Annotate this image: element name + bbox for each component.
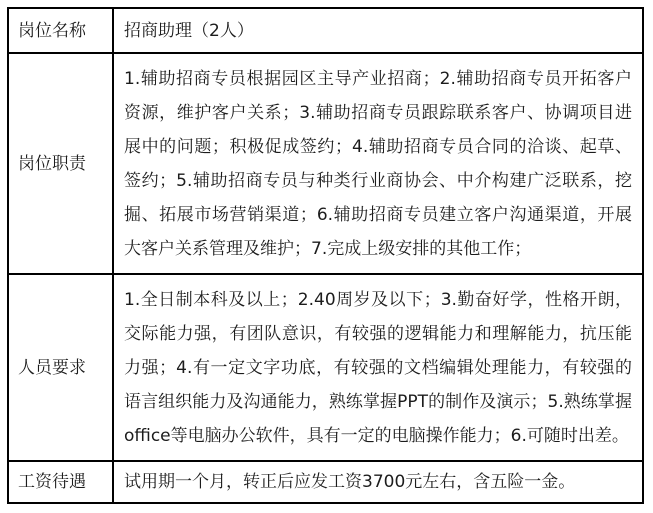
row-content-candidate-requirements: 1.全日制本科及以上；2.40周岁及以下；3.勤奋好学，性格开朗，交际能力强，有…	[113, 274, 643, 461]
table-row-candidate-requirements: 人员要求 1.全日制本科及以上；2.40周岁及以下；3.勤奋好学，性格开朗，交际…	[8, 274, 643, 461]
table-row-job-duties: 岗位职责 1.辅助招商专员根据园区主导产业招商；2.辅助招商专员开拓客户资源，维…	[8, 53, 643, 274]
row-content-position-name: 招商助理（2人）	[113, 8, 643, 53]
row-label-salary: 工资待遇	[8, 461, 113, 503]
job-posting-table: 岗位名称 招商助理（2人） 岗位职责 1.辅助招商专员根据园区主导产业招商；2.…	[7, 7, 644, 504]
row-content-salary: 试用期一个月，转正后应发工资3700元左右，含五险一金。	[113, 461, 643, 503]
row-label-job-duties: 岗位职责	[8, 53, 113, 274]
row-label-position-name: 岗位名称	[8, 8, 113, 53]
table-row-salary: 工资待遇 试用期一个月，转正后应发工资3700元左右，含五险一金。	[8, 461, 643, 503]
document-page: 岗位名称 招商助理（2人） 岗位职责 1.辅助招商专员根据园区主导产业招商；2.…	[0, 0, 653, 504]
row-content-job-duties: 1.辅助招商专员根据园区主导产业招商；2.辅助招商专员开拓客户资源，维护客户关系…	[113, 53, 643, 274]
table-row-position-name: 岗位名称 招商助理（2人）	[8, 8, 643, 53]
row-label-candidate-requirements: 人员要求	[8, 274, 113, 461]
